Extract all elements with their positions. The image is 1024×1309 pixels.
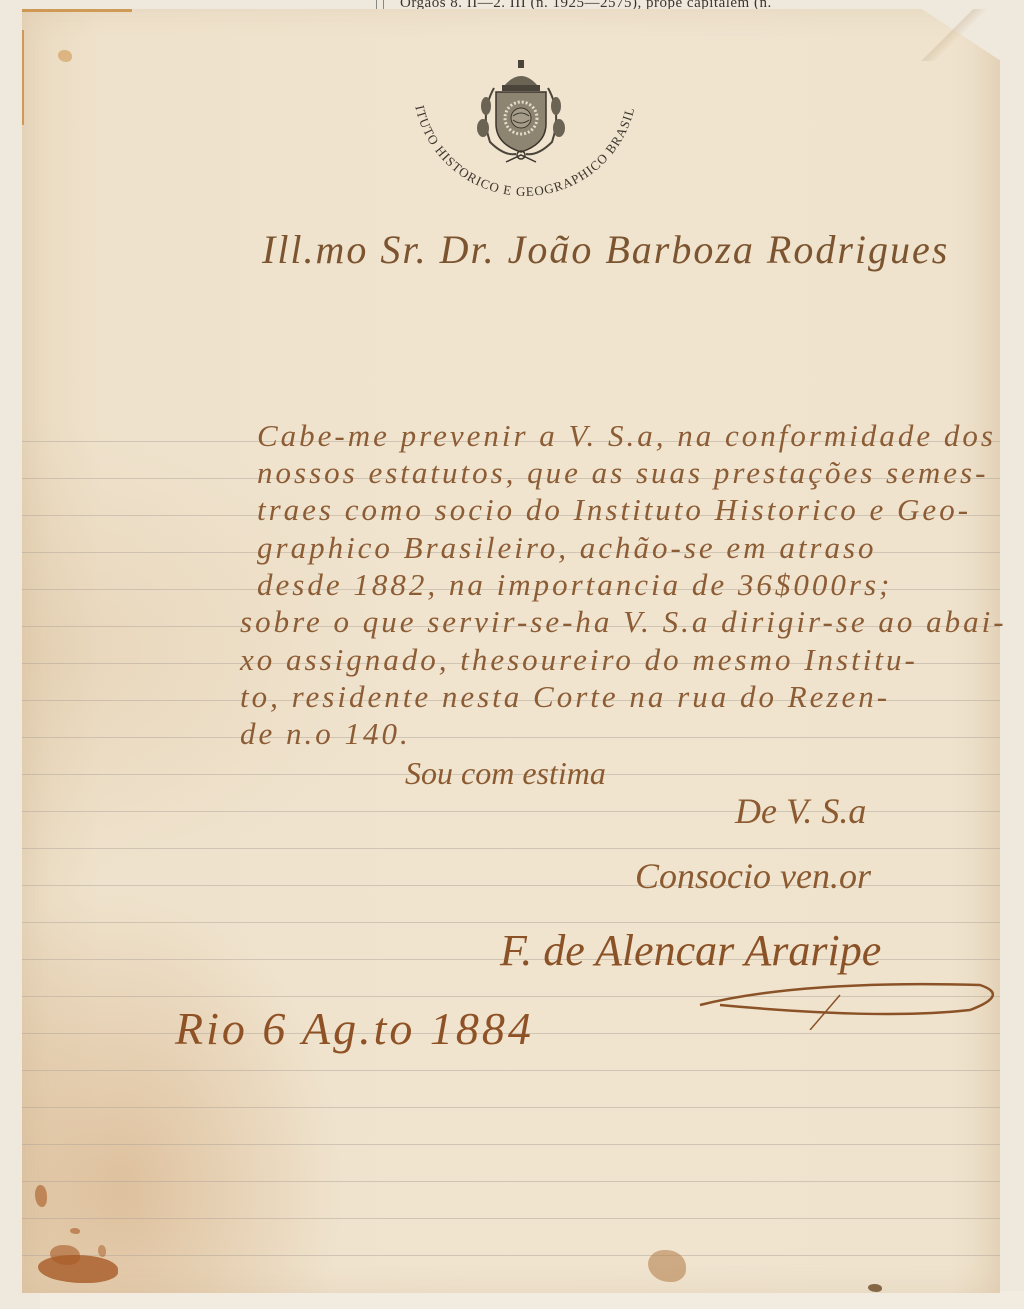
stain <box>70 1228 80 1234</box>
signature: F. de Alencar Araripe <box>500 925 881 976</box>
body-line: sobre o que servir-se-ha V. S.a dirigir-… <box>240 604 1007 640</box>
paper-edge-stain-top <box>22 9 132 12</box>
closing-title: Consocio ven.or <box>635 855 871 897</box>
body-line: de n.o 140. <box>240 716 411 752</box>
stain <box>35 1185 47 1207</box>
date-line: Rio 6 Ag.to 1884 <box>175 1002 534 1055</box>
stain <box>58 50 72 62</box>
body-line: traes como socio do Instituto Historico … <box>257 492 971 528</box>
body-line: xo assignado, thesoureiro do mesmo Insti… <box>240 642 918 678</box>
body-line: to, residente nesta Corte na rua do Reze… <box>240 679 890 715</box>
stain <box>868 1284 882 1292</box>
underlying-page-bottom <box>40 1291 1024 1309</box>
body-line: Cabe-me prevenir a V. S.a, na conformida… <box>257 418 996 454</box>
body-line: nossos estatutos, que as suas prestações… <box>257 455 988 491</box>
paper-edge-stain-left <box>22 30 24 125</box>
closing-address: De V. S.a <box>735 790 866 832</box>
closing-phrase: Sou com estima <box>405 755 606 792</box>
stain <box>98 1245 106 1257</box>
body-line: desde 1882, na importancia de 36$000rs; <box>257 567 892 603</box>
folded-corner <box>893 9 1000 61</box>
signature-flourish <box>680 975 1000 1030</box>
body-line: graphico Brasileiro, achão-se em atraso <box>257 530 877 566</box>
imperial-coat-of-arms-icon <box>466 58 576 168</box>
salutation: Ill.mo Sr. Dr. João Barboza Rodrigues <box>262 226 949 273</box>
